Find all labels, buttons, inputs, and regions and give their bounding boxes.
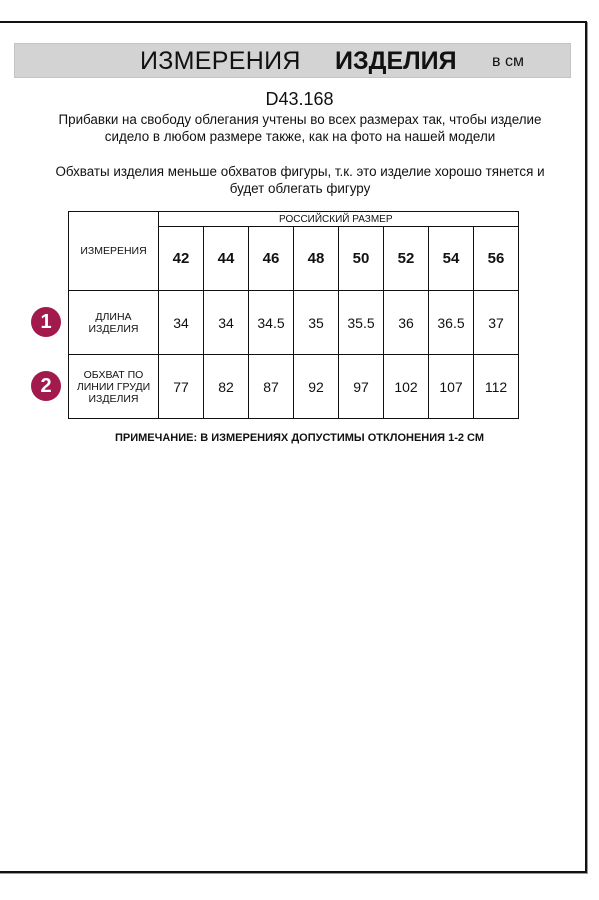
note-stretch: Обхваты изделия меньше обхватов фигуры, … (40, 163, 560, 197)
title-regular: ИЗМЕРЕНИЯ (140, 47, 301, 76)
size-header-cell: 52 (384, 227, 429, 291)
title-unit: в см (492, 53, 524, 71)
value-cell: 34 (159, 291, 204, 355)
value-cell: 102 (384, 355, 429, 419)
value-cell: 87 (249, 355, 294, 419)
value-cell: 35 (294, 291, 339, 355)
title-banner: ИЗМЕРЕНИЯ ИЗДЕЛИЯ в см (14, 43, 571, 78)
value-cell: 36.5 (429, 291, 474, 355)
value-cell: 112 (474, 355, 519, 419)
size-group-header: РОССИЙСКИЙ РАЗМЕР (159, 212, 519, 227)
table-row: ОБХВАТ ПО ЛИНИИ ГРУДИ ИЗДЕЛИЯ 7782879297… (69, 355, 519, 419)
value-cell: 97 (339, 355, 384, 419)
value-cell: 37 (474, 291, 519, 355)
value-cell: 107 (429, 355, 474, 419)
value-cell: 34.5 (249, 291, 294, 355)
note-fit: Прибавки на свободу облегания учтены во … (40, 111, 560, 145)
marker-badge-1: 1 (31, 307, 61, 337)
size-header-cell: 42 (159, 227, 204, 291)
title-bold: ИЗДЕЛИЯ (335, 47, 457, 76)
value-cell: 35.5 (339, 291, 384, 355)
size-table: ИЗМЕРЕНИЯ РОССИЙСКИЙ РАЗМЕР 424446485052… (68, 211, 519, 419)
size-header-cell: 46 (249, 227, 294, 291)
row-label: ДЛИНА ИЗДЕЛИЯ (69, 291, 159, 355)
product-code: D43.168 (0, 89, 599, 110)
value-cell: 92 (294, 355, 339, 419)
marker-badge-2: 2 (31, 371, 61, 401)
size-header-cell: 50 (339, 227, 384, 291)
size-header-cell: 56 (474, 227, 519, 291)
footnote: ПРИМЕЧАНИЕ: В ИЗМЕРЕНИЯХ ДОПУСТИМЫ ОТКЛО… (0, 432, 599, 444)
table-row: ДЛИНА ИЗДЕЛИЯ 343434.53535.53636.537 (69, 291, 519, 355)
value-cell: 34 (204, 291, 249, 355)
size-header-cell: 54 (429, 227, 474, 291)
value-cell: 77 (159, 355, 204, 419)
size-header-cell: 48 (294, 227, 339, 291)
row-label: ОБХВАТ ПО ЛИНИИ ГРУДИ ИЗДЕЛИЯ (69, 355, 159, 419)
value-cell: 82 (204, 355, 249, 419)
page-frame (0, 21, 587, 873)
measurements-header: ИЗМЕРЕНИЯ (69, 212, 159, 291)
value-cell: 36 (384, 291, 429, 355)
size-header-cell: 44 (204, 227, 249, 291)
